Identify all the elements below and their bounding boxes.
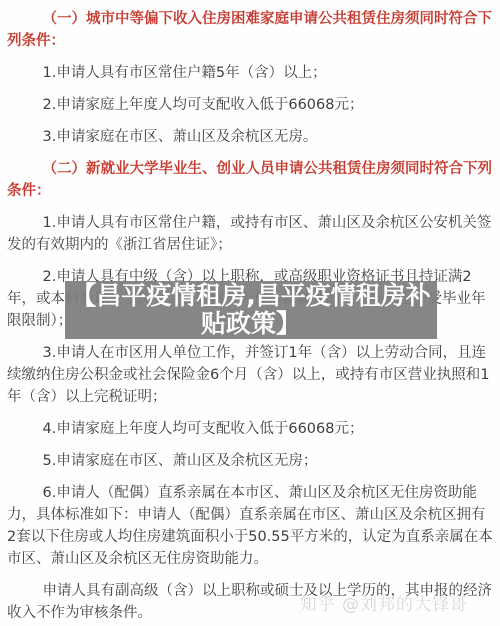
section-two-item-4: 4.申请家庭上年度人均可支配收入低于66068元；: [7, 418, 493, 440]
zhihu-author-watermark: 知乎 @刘邦的大锋哥: [300, 594, 468, 616]
section-one-item-3: 3.申请家庭在市区、萧山区及余杭区无房。: [7, 126, 493, 148]
document-page: （一）城市中等偏下收入住房困难家庭申请公共租赁住房须同时符合下列条件： 1.申请…: [0, 0, 500, 626]
section-one-item-2: 2.申请家庭上年度人均可支配收入低于66068元；: [7, 94, 493, 116]
section-one-heading: （一）城市中等偏下收入住房困难家庭申请公共租赁住房须同时符合下列条件：: [7, 8, 493, 52]
section-one-item-1: 1.申请人具有市区常住户籍5年（含）以上；: [7, 62, 493, 84]
section-two-item-3: 3.申请人在市区用人单位工作，并签订1年（含）以上劳动合同，且连续缴纳住房公积金…: [7, 342, 493, 408]
section-two-heading: （二）新就业大学毕业生、创业人员申请公共租赁住房须同时符合下列条件：: [7, 158, 493, 202]
section-two-item-5: 5.申请家庭在市区、萧山区及余杭区无房；: [7, 450, 493, 472]
section-two-item-6: 6.申请人（配偶）直系亲属在本市区、萧山区及余杭区无住房资助能力，具体标准如下：…: [7, 482, 493, 570]
overlay-caption: 【昌平疫情租房,昌平疫情租房补贴政策】: [65, 281, 437, 339]
section-two-item-1: 1.申请人具有市区常住户籍，或持有市区、萧山区及余杭区公安机关签发的有效期内的《…: [7, 212, 493, 256]
